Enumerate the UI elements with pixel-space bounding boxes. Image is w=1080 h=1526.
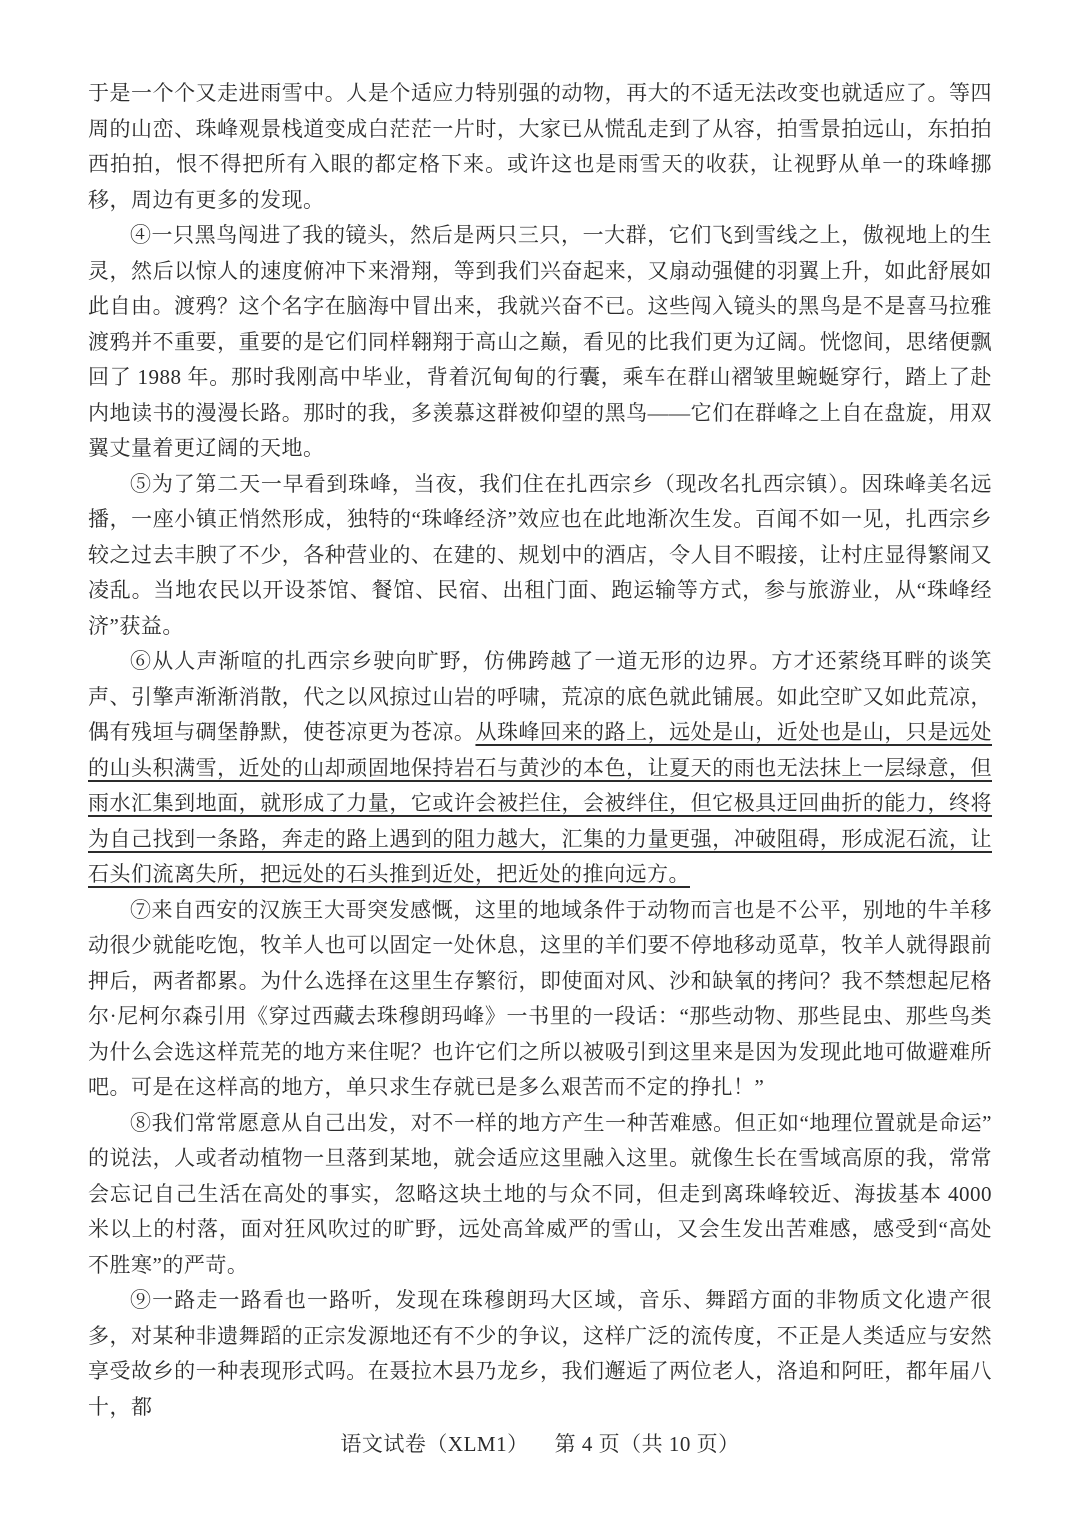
text-segment: ⑧我们常常愿意从自己出发，对不一样的地方产生一种苦难感。但正如“地理位置就是命运… (88, 1111, 992, 1277)
text-segment: ④一只黑鸟闯进了我的镜头，然后是两只三只，一大群，它们飞到雪线之上，傲视地上的生… (88, 223, 992, 460)
text-segment: 于是一个个又走进雨雪中。人是个适应力特别强的动物，再大的不适无法改变也就适应了。… (88, 81, 992, 212)
exam-page: 于是一个个又走进雨雪中。人是个适应力特别强的动物，再大的不适无法改变也就适应了。… (0, 0, 1080, 1526)
para-4: ④一只黑鸟闯进了我的镜头，然后是两只三只，一大群，它们飞到雪线之上，傲视地上的生… (88, 218, 992, 467)
footer-page-number: 第 4 页（共 10 页） (555, 1428, 740, 1458)
para-6: ⑥从人声渐喧的扎西宗乡驶向旷野，仿佛跨越了一道无形的边界。方才还萦绕耳畔的谈笑声… (88, 644, 992, 893)
text-segment: ⑤为了第二天一早看到珠峰，当夜，我们住在扎西宗乡（现改名扎西宗镇）。因珠峰美名远… (88, 472, 992, 638)
para-5: ⑤为了第二天一早看到珠峰，当夜，我们住在扎西宗乡（现改名扎西宗镇）。因珠峰美名远… (88, 467, 992, 645)
para-9: ⑨一路走一路看也一路听，发现在珠穆朗玛大区域，音乐、舞蹈方面的非物质文化遗产很多… (88, 1283, 992, 1425)
page-footer: 语文试卷（XLM1） 第 4 页（共 10 页） (0, 1428, 1080, 1458)
underlined-passage: 从珠峰回来的路上，远处是山，近处也是山，只是远处的山头积满雪，近处的山却顽固地保… (88, 720, 992, 886)
para-7: ⑦来自西安的汉族王大哥突发感慨，这里的地域条件于动物而言也是不公平，别地的牛羊移… (88, 893, 992, 1106)
para-continuation: 于是一个个又走进雨雪中。人是个适应力特别强的动物，再大的不适无法改变也就适应了。… (88, 76, 992, 218)
para-8: ⑧我们常常愿意从自己出发，对不一样的地方产生一种苦难感。但正如“地理位置就是命运… (88, 1106, 992, 1284)
text-segment: ⑨一路走一路看也一路听，发现在珠穆朗玛大区域，音乐、舞蹈方面的非物质文化遗产很多… (88, 1288, 992, 1419)
footer-paper-label: 语文试卷（XLM1） (340, 1428, 528, 1458)
essay-body: 于是一个个又走进雨雪中。人是个适应力特别强的动物，再大的不适无法改变也就适应了。… (88, 76, 992, 1425)
text-segment: ⑦来自西安的汉族王大哥突发感慨，这里的地域条件于动物而言也是不公平，别地的牛羊移… (88, 898, 992, 1100)
